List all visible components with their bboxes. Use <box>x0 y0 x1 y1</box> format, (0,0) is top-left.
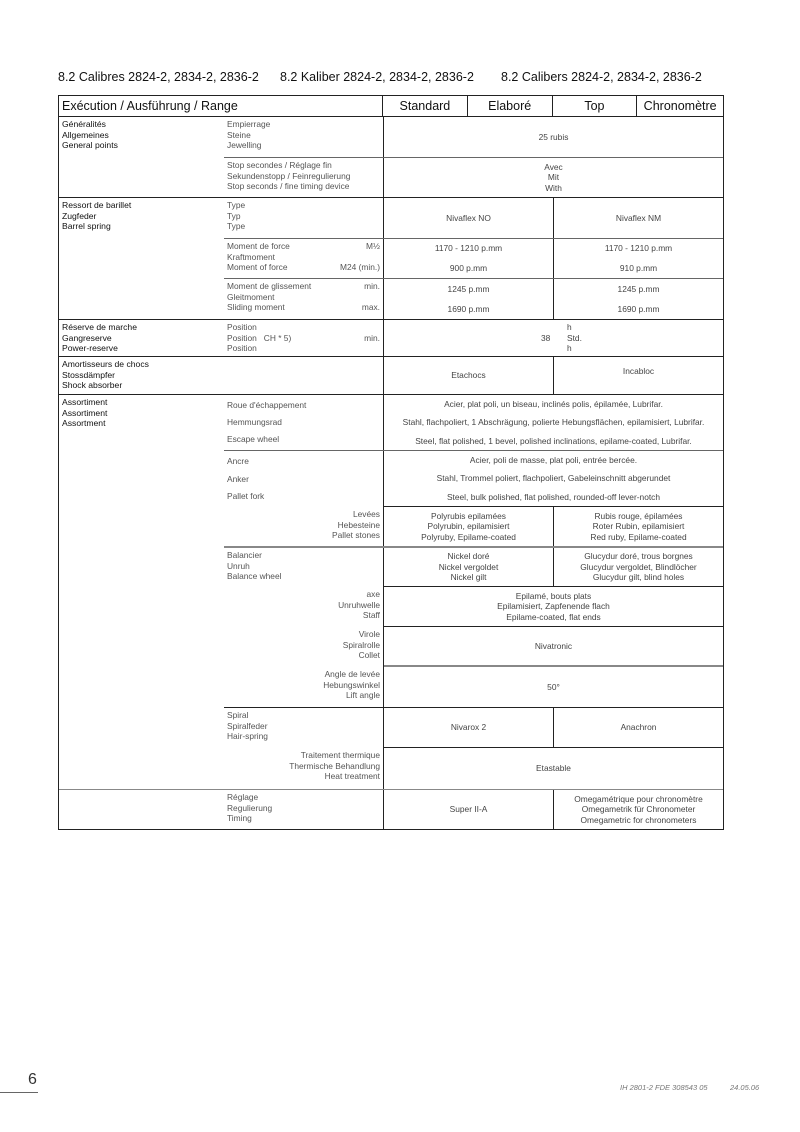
row-moment-force: Moment de forceM½ Kraftmoment Moment of … <box>224 239 723 279</box>
cat-line: Généralités <box>62 119 221 130</box>
cat-line: Stossdämpfer <box>62 370 380 381</box>
value-line: Glucydur gilt, blind holes <box>593 572 684 583</box>
label-line: Regulierung <box>227 803 380 814</box>
cat-line: Allgemeines <box>62 130 221 141</box>
label-line: Heat treatment <box>227 771 380 782</box>
value-escape-wheel: Acier, plat poli, un biseau, inclinés po… <box>384 395 723 450</box>
label-line: Anker <box>227 474 380 485</box>
header-elabore: Elaboré <box>468 96 553 116</box>
row-lift-angle: Angle de levée Hebungswinkel Lift angle … <box>224 667 723 708</box>
cat-line: Réserve de marche <box>62 322 221 333</box>
label-line: Position <box>227 322 380 333</box>
label-line: Pallet fork <box>227 491 380 502</box>
unit-line: Std. <box>567 333 582 344</box>
label-line: Jewelling <box>227 140 380 151</box>
document-date: 24.05.06 <box>730 1083 759 1092</box>
label-line: Escape wheel <box>227 434 380 445</box>
value-shock-std: Etachocs <box>384 357 553 394</box>
row-stop-seconds: Stop secondes / Réglage fin Sekundenstop… <box>224 158 723 197</box>
header-standard: Standard <box>383 96 468 116</box>
value-line: 1690 p.mm <box>618 304 660 315</box>
value-timing-std: Super II-A <box>384 790 553 829</box>
row-staff: axe Unruhwelle Staff Epilamé, bouts plat… <box>224 587 723 627</box>
value-stones-top: Rubis rouge, épilamées Roter Rubin, epil… <box>553 507 723 546</box>
value-line: Nickel doré <box>448 551 490 562</box>
label-line: Hebungswinkel <box>227 680 380 691</box>
value-line: 1245 p.mm <box>618 284 660 295</box>
value-line: Steel, flat polished, 1 bevel, polished … <box>415 436 692 447</box>
page-number: 6 <box>28 1071 37 1089</box>
label-line: Spiralrolle <box>227 640 380 651</box>
value-line: Steel, bulk polished, flat polished, rou… <box>447 492 660 503</box>
value-line: Avec <box>544 162 562 173</box>
row-pallet-stones: Levées Hebesteine Pallet stones Polyrubi… <box>224 507 723 548</box>
cat-line: Assortiment <box>62 408 221 419</box>
label-line: Type <box>227 221 380 232</box>
label-line: axe <box>227 589 380 600</box>
value-line: Mit <box>548 172 559 183</box>
row-balance-wheel: Balancier Unruh Balance wheel Nickel dor… <box>224 548 723 587</box>
value-shock-top: Incabloc <box>553 357 723 394</box>
label-line: Staff <box>227 610 380 621</box>
label-line: Lift angle <box>227 690 380 701</box>
value-line: Polyruby, Epilame-coated <box>421 532 516 543</box>
value-staff: Epilamé, bouts plats Epilamisiert, Zapfe… <box>384 587 723 626</box>
title-en: 8.2 Calibers 2824-2, 2834-2, 2836-2 <box>501 70 702 84</box>
specs-table: Exécution / Ausführung / Range Standard … <box>58 95 724 830</box>
unit-line: h <box>567 322 582 333</box>
header-top: Top <box>553 96 638 116</box>
label-line: Traitement thermique <box>227 750 380 761</box>
label-line: Kraftmoment <box>227 252 380 263</box>
value-line: Glucydur doré, trous borgnes <box>584 551 692 562</box>
cat-line: Zugfeder <box>62 211 221 222</box>
value-jewelling: 25 rubis <box>384 117 723 157</box>
value-line: Omegamétrique pour chronomètre <box>574 794 702 805</box>
label-power-reserve: Position Position CH * 5)min. Position <box>224 320 384 356</box>
label-line: Spiral <box>227 710 380 721</box>
value-line: Epilamé, bouts plats <box>516 591 591 602</box>
label-line: Balancier <box>227 550 380 561</box>
title-de: 8.2 Kaliber 2824-2, 2834-2, 2836-2 <box>280 70 474 84</box>
value-line: Nickel gilt <box>451 572 487 583</box>
label-sliding-moment: Moment de glissementmin. Gleitmoment Sli… <box>224 279 384 319</box>
section-timing: Réglage Regulierung Timing Super II-A Om… <box>59 790 723 829</box>
value-stop-seconds: Avec Mit With <box>384 158 723 197</box>
value-line: 1170 - 1210 p.mm <box>605 243 672 254</box>
value-line: Nickel vergoldet <box>439 562 499 573</box>
label-line: Ancre <box>227 456 380 467</box>
header-execution: Exécution / Ausführung / Range <box>59 96 383 116</box>
label-escape-wheel: Roue d'échappement Hemmungsrad Escape wh… <box>224 395 384 450</box>
value-balance-std: Nickel doré Nickel vergoldet Nickel gilt <box>384 548 553 586</box>
label-qualifier: min. <box>364 333 380 344</box>
value-force-std: 1170 - 1210 p.mm 900 p.mm <box>384 239 553 278</box>
value-power-reserve: 38 <box>541 333 550 343</box>
category-general: Généralités Allgemeines General points <box>59 117 224 197</box>
row-hair-spring: Spiral Spiralfeder Hair-spring Nivarox 2… <box>224 708 723 748</box>
value-heat-treatment: Etastable <box>384 748 723 789</box>
value-line: Roter Rubin, epilamisiert <box>593 521 685 532</box>
value-slide-top: 1245 p.mm 1690 p.mm <box>553 279 723 319</box>
label-collet: Virole Spiralrolle Collet <box>224 627 384 667</box>
value-spiral-std: Nivarox 2 <box>384 708 553 747</box>
document-reference: IH 2801-2 FDE 308543 05 <box>620 1083 708 1092</box>
value-line: Rubis rouge, épilamées <box>595 511 683 522</box>
section-power-reserve: Réserve de marche Gangreserve Power-rese… <box>59 320 723 357</box>
table-header: Exécution / Ausführung / Range Standard … <box>59 96 723 117</box>
value-line: Stahl, Trommel poliert, flachpoliert, Ga… <box>437 473 671 484</box>
row-pallet-fork: Ancre Anker Pallet fork Acier, poli de m… <box>224 451 723 507</box>
value-timing-top: Omegamétrique pour chronomètre Omegametr… <box>553 790 723 829</box>
row-timing: Réglage Regulierung Timing Super II-A Om… <box>224 790 723 829</box>
row-collet: Virole Spiralrolle Collet Nivatronic <box>224 627 723 667</box>
cat-line: Power-reserve <box>62 343 221 354</box>
value-line: Epilamisiert, Zapfenende flach <box>497 601 610 612</box>
cat-line: Ressort de barillet <box>62 200 221 211</box>
value-force-top: 1170 - 1210 p.mm 910 p.mm <box>553 239 723 278</box>
value-pallet-fork: Acier, poli de masse, plat poli, entrée … <box>384 451 723 506</box>
value-line: 1690 p.mm <box>448 304 490 315</box>
label-qualifier: max. <box>362 302 380 313</box>
section-general: Généralités Allgemeines General points E… <box>59 117 723 198</box>
label-heat-treatment: Traitement thermique Thermische Behandlu… <box>224 748 384 789</box>
category-timing-empty <box>59 790 224 829</box>
label-lift-angle: Angle de levée Hebungswinkel Lift angle <box>224 667 384 707</box>
label-line: Levées <box>227 509 380 520</box>
label-qualifier: M½ <box>366 241 380 252</box>
value-type-top: Nivaflex NM <box>553 198 723 238</box>
section-shock-absorber: Amortisseurs de chocs Stossdämpfer Shock… <box>59 357 723 395</box>
label-line: Virole <box>227 629 380 640</box>
category-assortment: Assortiment Assortiment Assortment <box>59 395 224 789</box>
category-power-reserve: Réserve de marche Gangreserve Power-rese… <box>59 320 224 356</box>
row-jewelling: Empierrage Steine Jewelling 25 rubis <box>224 117 723 158</box>
label-line: Hemmungsrad <box>227 417 380 428</box>
label-jewelling: Empierrage Steine Jewelling <box>224 117 384 157</box>
label-line: Spiralfeder <box>227 721 380 732</box>
value-slide-std: 1245 p.mm 1690 p.mm <box>384 279 553 319</box>
label-line: Balance wheel <box>227 571 380 582</box>
value-lift-angle: 50° <box>384 667 723 707</box>
value-balance-top: Glucydur doré, trous borgnes Glucydur ve… <box>553 548 723 586</box>
cat-line: Barrel spring <box>62 221 221 232</box>
label-qualifier: M24 (min.) <box>340 262 380 273</box>
value-line: Polyrubin, epilamisiert <box>428 521 510 532</box>
value-line: 910 p.mm <box>620 263 657 274</box>
row-type: Type Typ Type Nivaflex NO Nivaflex NM <box>224 198 723 239</box>
value-line: Epilame-coated, flat ends <box>506 612 601 623</box>
title-fr: 8.2 Calibres 2824-2, 2834-2, 2836-2 <box>58 70 259 84</box>
label-line: Sekundenstopp / Feinregulierung <box>227 171 380 182</box>
label-staff: axe Unruhwelle Staff <box>224 587 384 627</box>
label-line: Typ <box>227 211 380 222</box>
label-line: Moment of force <box>227 262 288 273</box>
value-line: 1245 p.mm <box>448 284 490 295</box>
section-barrel-spring: Ressort de barillet Zugfeder Barrel spri… <box>59 198 723 320</box>
cat-line: Assortiment <box>62 397 221 408</box>
value-line: 900 p.mm <box>450 263 487 274</box>
label-balance-wheel: Balancier Unruh Balance wheel <box>224 548 384 587</box>
label-position-ch: CH * 5) <box>264 333 291 343</box>
label-line: Empierrage <box>227 119 380 130</box>
value-line: Red ruby, Epilame-coated <box>590 532 686 543</box>
label-line: Collet <box>227 650 380 661</box>
page-number-underline <box>0 1092 38 1093</box>
label-line: Timing <box>227 813 380 824</box>
value-stones-std: Polyrubis epilamées Polyrubin, epilamisi… <box>384 507 553 546</box>
label-line: Unruh <box>227 561 380 572</box>
label-line: Unruhwelle <box>227 600 380 611</box>
section-assortment: Assortiment Assortiment Assortment Roue … <box>59 395 723 790</box>
value-line: Acier, poli de masse, plat poli, entrée … <box>470 455 637 466</box>
value-line: Acier, plat poli, un biseau, inclinés po… <box>444 399 663 410</box>
label-pallet-stones: Levées Hebesteine Pallet stones <box>224 507 384 546</box>
label-moment-force: Moment de forceM½ Kraftmoment Moment of … <box>224 239 384 278</box>
label-line: Moment de glissement <box>227 281 311 292</box>
row-heat-treatment: Traitement thermique Thermische Behandlu… <box>224 748 723 789</box>
row-sliding-moment: Moment de glissementmin. Gleitmoment Sli… <box>224 279 723 319</box>
cat-line: General points <box>62 140 221 151</box>
cat-line: Assortment <box>62 418 221 429</box>
value-line: Omegametric for chronometers <box>581 815 697 826</box>
category-barrel-spring: Ressort de barillet Zugfeder Barrel spri… <box>59 198 224 319</box>
cat-line: Amortisseurs de chocs <box>62 359 380 370</box>
label-qualifier: min. <box>364 281 380 292</box>
value-line: With <box>545 183 562 194</box>
label-line: Gleitmoment <box>227 292 380 303</box>
row-escape-wheel: Roue d'échappement Hemmungsrad Escape wh… <box>224 395 723 451</box>
value-spiral-top: Anachron <box>553 708 723 747</box>
value-line: Polyrubis epilamées <box>431 511 506 522</box>
label-type: Type Typ Type <box>224 198 384 238</box>
row-power-reserve: Position Position CH * 5)min. Position 3… <box>224 320 723 356</box>
label-line: Pallet stones <box>227 530 380 541</box>
label-line: Hebesteine <box>227 520 380 531</box>
value-collet: Nivatronic <box>384 627 723 665</box>
label-line: Angle de levée <box>227 669 380 680</box>
label-line: Roue d'échappement <box>227 400 380 411</box>
label-line: Position <box>227 343 380 354</box>
unit-line: h <box>567 343 582 354</box>
label-line: Réglage <box>227 792 380 803</box>
label-line: Stop secondes / Réglage fin <box>227 160 380 171</box>
label-hair-spring: Spiral Spiralfeder Hair-spring <box>224 708 384 748</box>
label-stop-seconds: Stop secondes / Réglage fin Sekundenstop… <box>224 158 384 197</box>
cat-line: Gangreserve <box>62 333 221 344</box>
label-line: Position <box>227 333 257 343</box>
cat-line: Shock absorber <box>62 380 380 391</box>
label-line: Hair-spring <box>227 731 380 742</box>
value-line: 1170 - 1210 p.mm <box>435 243 502 254</box>
label-line: Stop seconds / fine timing device <box>227 181 380 192</box>
label-line: Thermische Behandlung <box>227 761 380 772</box>
value-power-units: h Std. h <box>567 322 582 354</box>
value-line: Omegametrik für Chronometer <box>582 804 696 815</box>
value-type-std: Nivaflex NO <box>384 198 553 238</box>
label-timing: Réglage Regulierung Timing <box>224 790 384 829</box>
category-shock-absorber: Amortisseurs de chocs Stossdämpfer Shock… <box>59 357 384 394</box>
value-line: Glucydur vergoldet, Blindlöcher <box>580 562 696 573</box>
label-line: Steine <box>227 130 380 141</box>
label-line: Moment de force <box>227 241 290 252</box>
label-line: Sliding moment <box>227 302 285 313</box>
label-pallet-fork: Ancre Anker Pallet fork <box>224 451 384 507</box>
value-line: Stahl, flachpoliert, 1 Abschrägung, poli… <box>403 417 705 428</box>
label-line: Type <box>227 200 380 211</box>
header-chronometre: Chronomètre <box>637 96 723 116</box>
